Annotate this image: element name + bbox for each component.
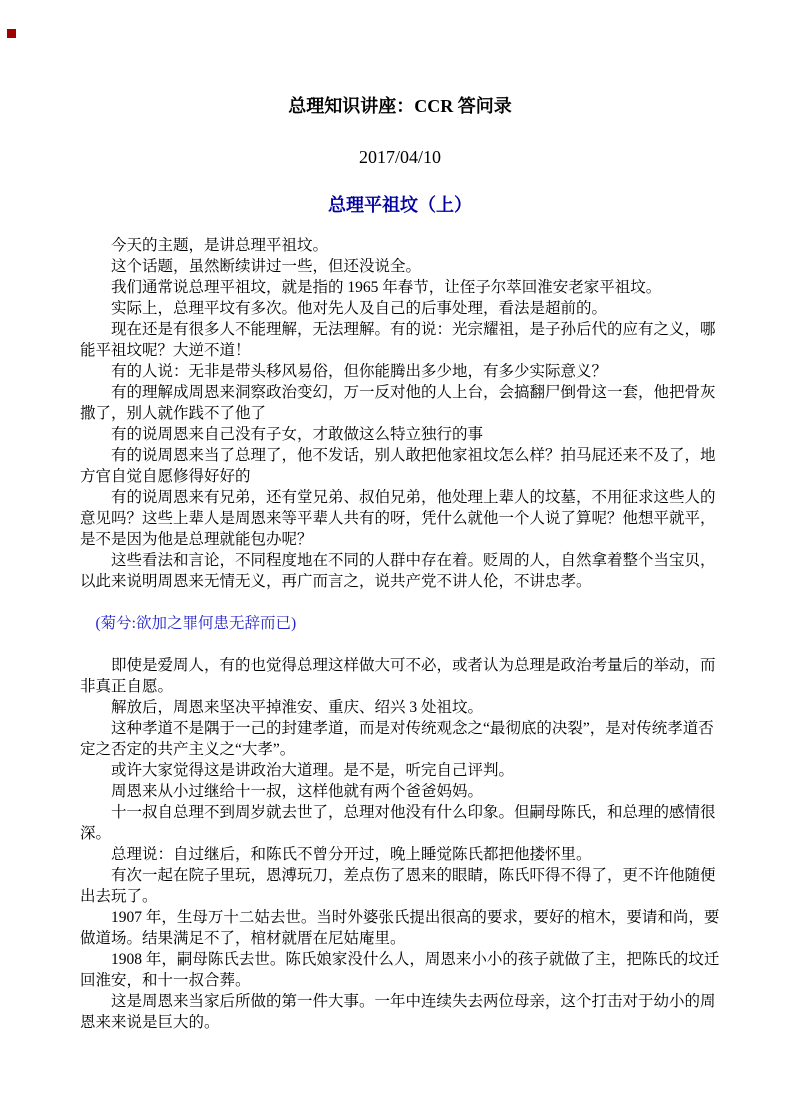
paragraph: 有的说周恩来当了总理了，他不发话，别人敢把他家祖坟怎么样？拍马屁还来不及了，地方… — [80, 445, 720, 487]
annotation-note: (菊兮:欲加之罪何患无辞而已) — [80, 613, 720, 634]
paragraph: 即使是爱周人，有的也觉得总理这样做大可不必，或者认为总理是政治考量后的举动，而非… — [80, 655, 720, 697]
paragraph: 有的说周恩来有兄弟，还有堂兄弟、叔伯兄弟，他处理上辈人的坟墓，不用征求这些人的意… — [80, 487, 720, 550]
paragraph: 1908 年，嗣母陈氏去世。陈氏娘家没什么人，周恩来小小的孩子就做了主，把陈氏的… — [80, 949, 720, 991]
paragraph: 这是周恩来当家后所做的第一件大事。一年中连续失去两位母亲，这个打击对于幼小的周恩… — [80, 991, 720, 1033]
paragraph: 实际上，总理平坟有多次。他对先人及自己的后事处理，看法是超前的。 — [80, 298, 720, 319]
paragraph: 我们通常说总理平祖坟，就是指的 1965 年春节，让侄子尔萃回淮安老家平祖坟。 — [80, 277, 720, 298]
red-marker — [7, 29, 16, 38]
paragraph: 有次一起在院子里玩，恩溥玩刀，差点伤了恩来的眼睛，陈氏吓得不得了，更不许他随便出… — [80, 865, 720, 907]
paragraph: 总理说：自过继后，和陈氏不曾分开过，晚上睡觉陈氏都把他搂怀里。 — [80, 844, 720, 865]
paragraph: 有的人说：无非是带头移风易俗，但你能腾出多少地，有多少实际意义？ — [80, 361, 720, 382]
paragraph: 现在还是有很多人不能理解，无法理解。有的说：光宗耀祖，是子孙后代的应有之义，哪能… — [80, 319, 720, 361]
document-page: 总理知识讲座：CCR 答问录 2017/04/10 总理平祖坟（上） 今天的主题… — [0, 0, 800, 1033]
document-title: 总理知识讲座：CCR 答问录 — [80, 94, 720, 118]
paragraph: 这种孝道不是隅于一己的封建孝道，而是对传统观念之“最彻底的决裂”，是对传统孝道否… — [80, 718, 720, 760]
paragraph: 解放后，周恩来坚决平掉淮安、重庆、绍兴 3 处祖坟。 — [80, 697, 720, 718]
paragraph: 周恩来从小过继给十一叔，这样他就有两个爸爸妈妈。 — [80, 781, 720, 802]
section-heading: 总理平祖坟（上） — [80, 194, 720, 216]
paragraph: 或许大家觉得这是讲政治大道理。是不是，听完自己评判。 — [80, 760, 720, 781]
document-date: 2017/04/10 — [80, 146, 720, 168]
paragraph: 有的理解成周恩来洞察政治变幻，万一反对他的人上台，会搞翻尸倒骨这一套，他把骨灰撒… — [80, 382, 720, 424]
paragraph: 这个话题，虽然断续讲过一些，但还没说全。 — [80, 256, 720, 277]
paragraph: 今天的主题，是讲总理平祖坟。 — [80, 235, 720, 256]
paragraph: 有的说周恩来自己没有子女，才敢做这么特立独行的事 — [80, 424, 720, 445]
paragraph: 十一叔自总理不到周岁就去世了，总理对他没有什么印象。但嗣母陈氏，和总理的感情很深… — [80, 802, 720, 844]
paragraph: 1907 年，生母万十二姑去世。当时外婆张氏提出很高的要求，要好的棺木，要请和尚… — [80, 907, 720, 949]
paragraph: 这些看法和言论，不同程度地在不同的人群中存在着。贬周的人，自然拿着整个当宝贝，以… — [80, 550, 720, 592]
document-body: 今天的主题，是讲总理平祖坟。 这个话题，虽然断续讲过一些，但还没说全。 我们通常… — [80, 235, 720, 1033]
